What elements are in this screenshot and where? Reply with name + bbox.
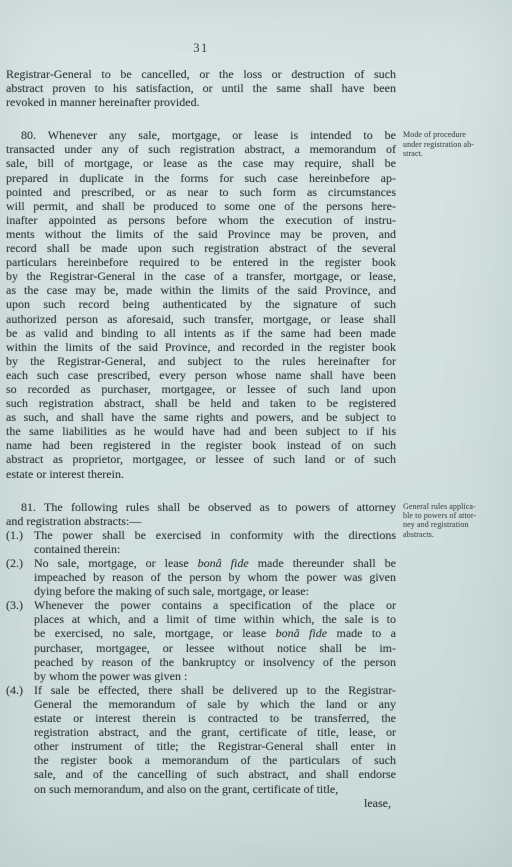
list-item-text: No sale, mortgage, or lease bonâ fide ma… xyxy=(34,556,396,598)
paragraph-continuation: Registrar-General to be cancelled, or th… xyxy=(6,67,396,109)
rule-list: (1.) The power shall be exercised in con… xyxy=(6,528,396,796)
section-81: 81. The following rules shall be observe… xyxy=(6,500,396,810)
section-81-lead-text: 81. The following rules shall be observe… xyxy=(6,500,396,528)
list-item: (3.) Whenever the power contains a speci… xyxy=(6,598,396,683)
list-item-text: If sale be effected, there shall be deli… xyxy=(34,683,396,796)
list-item-marker: (4.) xyxy=(6,683,34,697)
list-item: (4.) If sale be effected, there shall be… xyxy=(6,683,396,796)
list-item-marker: (3.) xyxy=(6,598,34,612)
list-item-marker: (2.) xyxy=(6,556,34,570)
scanned-page: 31 Registrar-General to be cancelled, or… xyxy=(0,0,512,867)
page-number: 31 xyxy=(6,41,396,56)
section-80: 80. Whenever any sale, mortgage, or leas… xyxy=(6,128,396,480)
list-item: (1.) The power shall be exercised in con… xyxy=(6,528,396,556)
text-column: Registrar-General to be cancelled, or th… xyxy=(6,67,396,810)
list-item: (2.) No sale, mortgage, or lease bonâ fi… xyxy=(6,556,396,598)
catchword: lease, xyxy=(6,796,396,810)
margin-note-section-80: Mode of procedureunder registration ab-s… xyxy=(403,130,511,158)
list-item-text: Whenever the power contains a specificat… xyxy=(34,598,396,683)
list-item-marker: (1.) xyxy=(6,528,34,542)
section-80-text: 80. Whenever any sale, mortgage, or leas… xyxy=(6,128,396,480)
margin-note-section-81: General rules applica-ble to powers of a… xyxy=(403,502,511,540)
list-item-text: The power shall be exercised in conformi… xyxy=(34,528,396,556)
